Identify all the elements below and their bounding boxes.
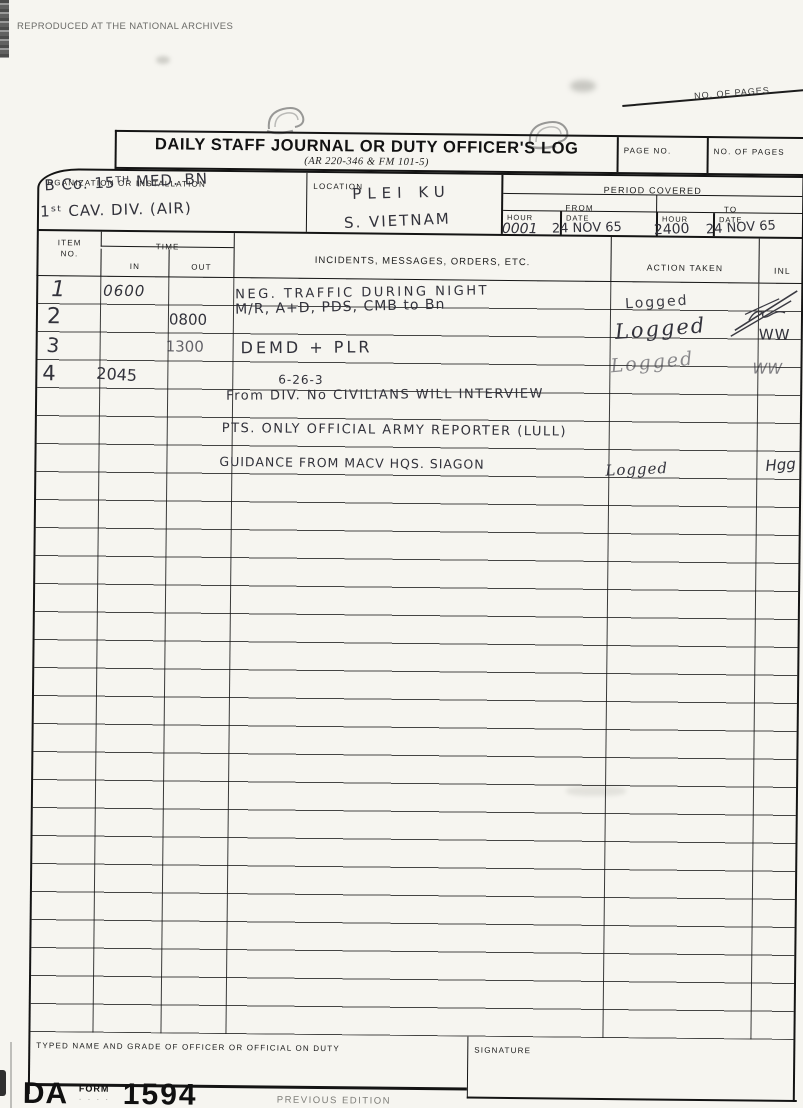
entry-2-time-out: 0800 [169,310,207,328]
form-number: 1594 [123,1078,198,1108]
grid-line [750,284,759,1040]
previous-edition-note: PREVIOUS EDITION [277,1095,391,1107]
grid-line [602,282,611,1038]
location-entry-line1: PLEI KU [352,183,451,203]
entry-4-item-no: 4 [42,361,56,385]
period-to-hour-value: 2400 [654,221,690,238]
entry-3-item-no: 3 [46,333,61,358]
entry-4-message-ref: 6-26-3 [278,373,323,387]
form-title-block: DAILY STAFF JOURNAL OR DUTY OFFICER'S LO… [117,132,617,172]
entry-3-text: DEMD + PLR [241,337,373,357]
typed-name-box: TYPED NAME AND GRADE OF OFFICER OR OFFIC… [30,1032,468,1091]
signature-label: SIGNATURE [474,1046,531,1056]
journal-table-header: ITEM NO. TIME IN OUT INCIDENTS, MESSAGES… [36,231,803,284]
entry-4-text-line1: From DIV. No CIVILIANS WILL INTERVIEW [226,387,544,404]
entry-1-item-no: 1 [51,277,65,302]
entry-1-time-in: 0600 [103,282,145,300]
period-from-hour-value: 0001 [502,221,538,237]
entry-4-text-line3: GUIDANCE FROM MACV HQS. SIAGON [219,454,484,472]
grid-line [160,277,169,1033]
col-header-time: TIME [101,232,234,248]
signature-box: SIGNATURE [467,1037,798,1102]
form-prefix: DA [23,1077,69,1108]
entry-4-action: Logged [605,459,668,480]
organization-entry-line2: 1ˢᵗ CAV. DIV. (AIR) [40,199,192,221]
no-of-pages-label: NO. OF PAGES [714,147,785,157]
col-header-inl: INL [758,239,803,283]
col-header-item-no: ITEM NO. [38,231,100,276]
page-no-box: PAGE NO. [616,137,706,173]
entry-2-item-no: 2 [47,304,61,329]
col-header-action-taken: ACTION TAKEN [610,237,758,283]
entry-2-initials: WW [759,326,791,344]
entry-3-initials: WW [752,360,782,378]
grid-line [92,277,101,1033]
form-word: FORM [79,1083,110,1093]
period-to-cell: TO [656,195,803,214]
scanned-document-page: { "scan": { "archives_stamp": "REPRODUCE… [0,0,803,1108]
no-of-pages-box: NO. OF PAGES [706,138,803,174]
typed-name-label: TYPED NAME AND GRADE OF OFFICER OR OFFIC… [36,1041,340,1053]
page-no-label: PAGE NO. [624,146,672,155]
entry-3-time-out: 1300 [166,337,204,355]
entry-4-initials: Hgg [765,455,797,475]
period-from-cell: FROM [503,194,656,213]
col-header-time-in: IN [100,248,168,277]
form-edition-illegible: · · · · [79,1094,110,1103]
da-form-1594: DAILY STAFF JOURNAL OR DUTY OFFICER'S LO… [0,0,803,1108]
entry-4-time-in: 2045 [96,364,138,386]
period-from-date-value: 24 NOV 65 [552,220,622,237]
col-header-incidents: INCIDENTS, MESSAGES, ORDERS, ETC. [233,233,610,281]
col-header-time-out: OUT [168,249,233,278]
